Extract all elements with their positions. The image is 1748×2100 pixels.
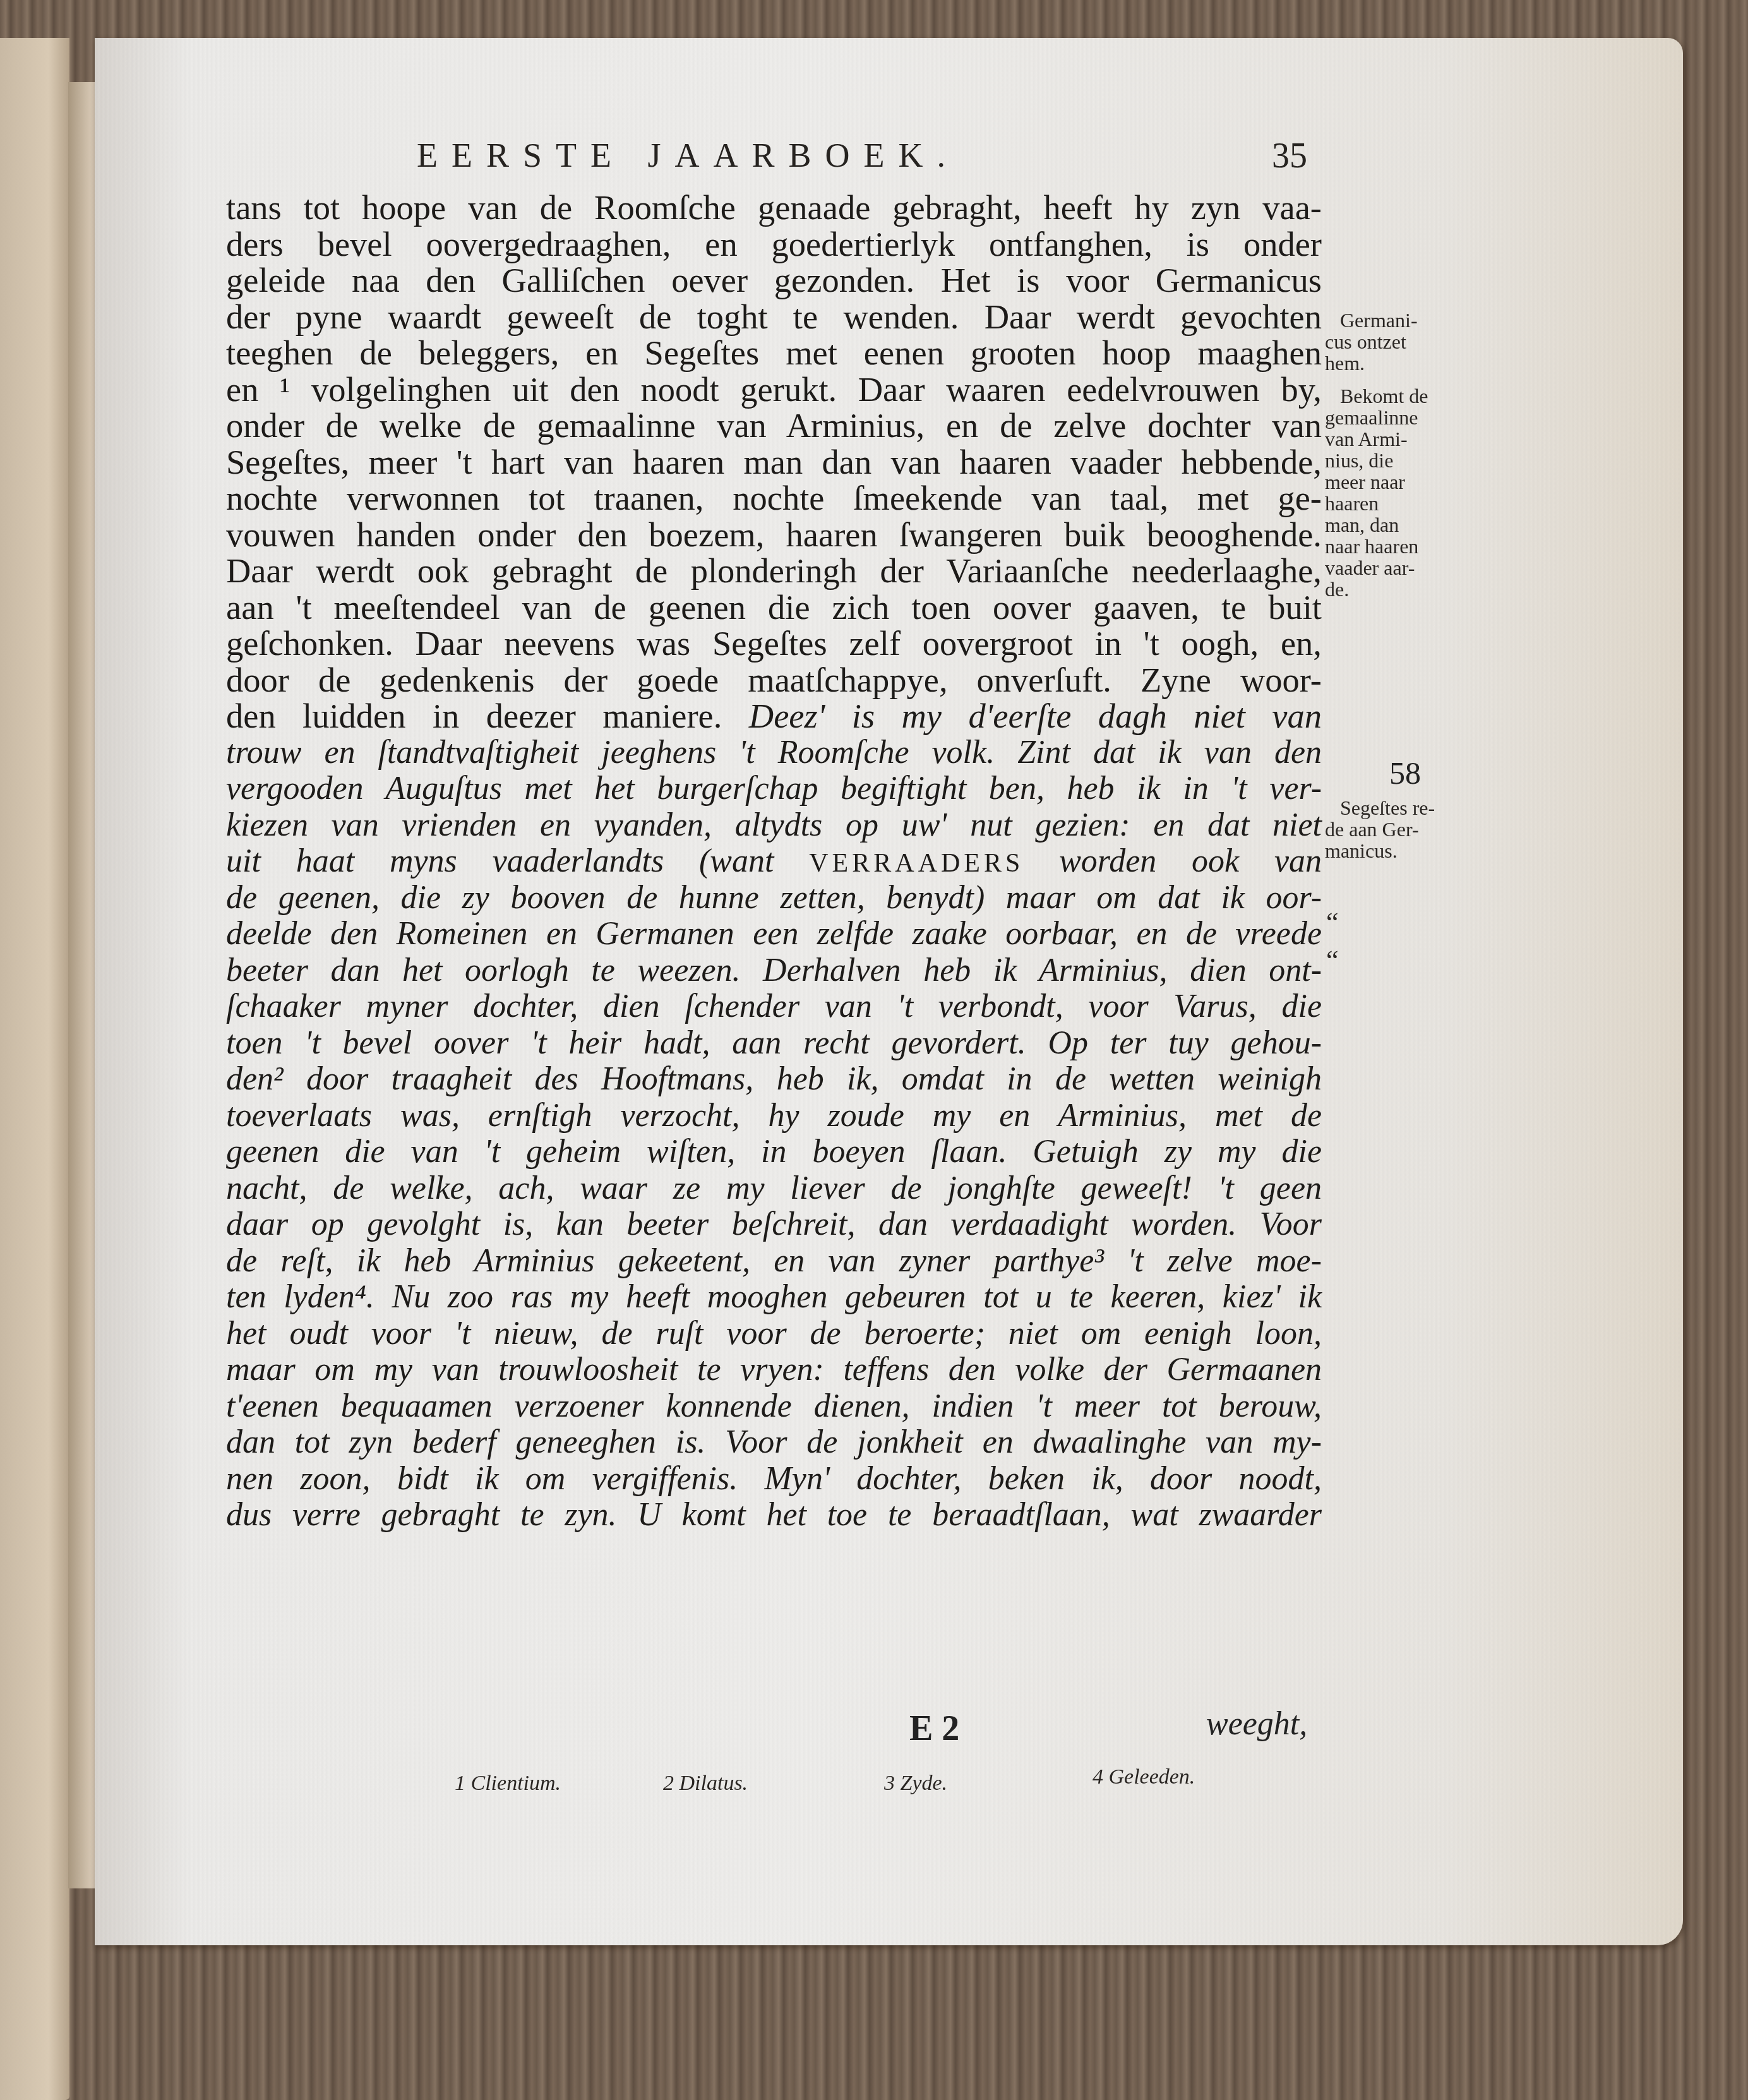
body-text: tans tot hoope van de Roomſche genaade g… bbox=[226, 189, 1322, 1533]
text-line: geſchonken. Daar neevens was Segeſtes ze… bbox=[226, 625, 1322, 662]
text-line: geenen die van 't geheim wiſten, in boey… bbox=[226, 1134, 1322, 1170]
text-line: de reſt, ik heb Arminius gekeetent, en v… bbox=[226, 1243, 1322, 1280]
footnote: 2 Dilatus. bbox=[663, 1772, 748, 1796]
footnote: 3 Zyde. bbox=[884, 1772, 947, 1796]
text-line: teeghen de beleggers, en Segeſtes met ee… bbox=[226, 335, 1322, 371]
signature-mark: E 2 bbox=[909, 1708, 959, 1749]
text-line: maar om my van trouwloosheit te vryen: t… bbox=[226, 1352, 1322, 1388]
running-head: EERSTE JAARBOEK. 35 bbox=[322, 136, 1307, 180]
text-line: beeter dan het oorlogh te weezen. Derhal… bbox=[226, 952, 1322, 989]
text-line: door de gedenkenis der goede maatſchappy… bbox=[226, 662, 1322, 699]
text-line: nacht, de welke, ach, waar ze my liever … bbox=[226, 1170, 1322, 1207]
text-line: Daar werdt ook gebraght de plonderingh d… bbox=[226, 553, 1322, 589]
text-line: nen zoon, bidt ik om vergiffenis. Myn' d… bbox=[226, 1461, 1322, 1497]
text-line: den² door traagheit des Hooftmans, heb i… bbox=[226, 1061, 1322, 1098]
margin-note: Germani-cus ontzethem. bbox=[1325, 309, 1451, 374]
text-line: der pyne waardt geweeſt de toght te wend… bbox=[226, 299, 1322, 335]
text-line: t'eenen bequaamen verzoener konnende die… bbox=[226, 1388, 1322, 1425]
text-line: toeverlaats was, ernſtigh verzocht, hy z… bbox=[226, 1098, 1322, 1134]
text-line: en ¹ volgelinghen uit den noodt gerukt. … bbox=[226, 371, 1322, 408]
text-line: tans tot hoope van de Roomſche genaade g… bbox=[226, 189, 1322, 226]
quotation-mark: “ bbox=[1326, 906, 1339, 939]
text-line: vouwen handen onder den boezem, haaren ſ… bbox=[226, 517, 1322, 553]
text-line: Segeſtes, meer 't hart van haaren man da… bbox=[226, 444, 1322, 481]
text-line: toen 't bevel oover 't heir hadt, aan re… bbox=[226, 1025, 1322, 1062]
text-line: dus verre gebraght te zyn. U komt het to… bbox=[226, 1497, 1322, 1533]
footnote: 1 Clientium. bbox=[455, 1772, 561, 1796]
text-line: uit haat myns vaaderlandts (want VERRAAD… bbox=[226, 843, 1322, 880]
text-line: dan tot zyn bederf geneeghen is. Voor de… bbox=[226, 1424, 1322, 1461]
text-line: nochte verwonnen tot traanen, nochte ſme… bbox=[226, 480, 1322, 517]
text-line: geleide naa den Galliſchen oever gezonde… bbox=[226, 262, 1322, 299]
text-line: trouw en ſtandtvaſtigheit jeeghens 't Ro… bbox=[226, 735, 1322, 771]
running-head-title: EERSTE JAARBOEK. bbox=[417, 136, 959, 175]
text-line: ten lyden⁴. Nu zoo ras my heeft mooghen … bbox=[226, 1279, 1322, 1316]
footnote: 4 Geleeden. bbox=[1092, 1765, 1195, 1789]
text-line: daar op gevolght is, kan beeter beſchrei… bbox=[226, 1206, 1322, 1243]
section-number: 58 bbox=[1389, 755, 1421, 791]
text-line: ſchaaker myner dochter, dien ſchender va… bbox=[226, 988, 1322, 1025]
margin-note: Bekomt degemaalinnevan Armi-nius, diemee… bbox=[1325, 385, 1451, 600]
text-line: de geenen, die zy booven de hunne zetten… bbox=[226, 880, 1322, 916]
text-line: aan 't meeſtendeel van de geenen die zic… bbox=[226, 589, 1322, 626]
text-line: ders bevel oovergedraaghen, en goedertie… bbox=[226, 226, 1322, 263]
text-line: het oudt voor 't nieuw, de ruſt voor de … bbox=[226, 1316, 1322, 1352]
catchword: weeght, bbox=[1206, 1705, 1307, 1743]
text-line: kiezen van vrienden en vyanden, altydts … bbox=[226, 807, 1322, 844]
page-number: 35 bbox=[1272, 136, 1307, 176]
quotation-mark: “ bbox=[1326, 944, 1339, 976]
text-line: onder de welke de gemaalinne van Arminiu… bbox=[226, 407, 1322, 444]
text-line: den luidden in deezer maniere. Deez' is … bbox=[226, 698, 1322, 735]
text-line: vergooden Auguſtus met het burgerſchap b… bbox=[226, 771, 1322, 807]
text-line: deelde den Romeinen en Germanen een zelf… bbox=[226, 916, 1322, 952]
margin-note: Segeſtes re-de aan Ger-manicus. bbox=[1325, 797, 1451, 861]
left-page-edge bbox=[0, 38, 69, 2100]
